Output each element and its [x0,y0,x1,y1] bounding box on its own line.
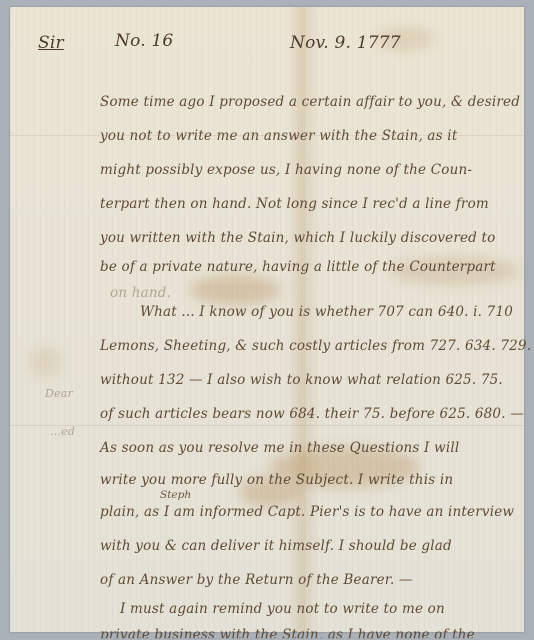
margin-note: Dear [45,387,73,400]
foxing-stain [30,347,60,377]
letter-number: No. 16 [115,31,173,51]
letter-line: you not to write me an answer with the S… [100,128,457,144]
letter-line: private business with the Stain, as I ha… [100,627,475,640]
letter-line: plain, as I am informed Capt. Pier's is … [100,504,514,520]
letter-line: of such articles bears now 684. their 75… [100,406,524,422]
interlinear-insertion: Steph [160,489,191,501]
paper-fold-line [10,425,524,426]
letter-line: without 132 — I also wish to know what r… [100,372,503,388]
letter-page: Sir No. 16 Nov. 9. 1777 Dear ...ed Some … [10,7,524,632]
letter-line: Lemons, Sheeting, & such costly articles… [100,338,531,354]
letter-line: be of a private nature, having a little … [100,259,496,275]
letter-line: terpart then on hand. Not long since I r… [100,196,489,212]
letter-line: Some time ago I proposed a certain affai… [100,94,520,110]
letter-line: might possibly expose us, I having none … [100,162,472,178]
margin-note: ...ed [50,425,75,438]
letter-line: of an Answer by the Return of the Bearer… [100,572,413,588]
letter-line: with you & can deliver it himself. I sho… [100,538,452,554]
letter-line: What ... I know of you is whether 707 ca… [140,304,513,320]
letter-line: on hand. [110,285,171,301]
salutation: Sir [38,33,64,53]
letter-line: I must again remind you not to write to … [120,601,445,617]
letter-line: you written with the Stain, which I luck… [100,230,495,246]
letter-date: Nov. 9. 1777 [290,33,401,53]
letter-line: As soon as you resolve me in these Quest… [100,440,459,456]
letter-line: write you more fully on the Subject. I w… [100,472,453,488]
foxing-stain [190,275,280,305]
